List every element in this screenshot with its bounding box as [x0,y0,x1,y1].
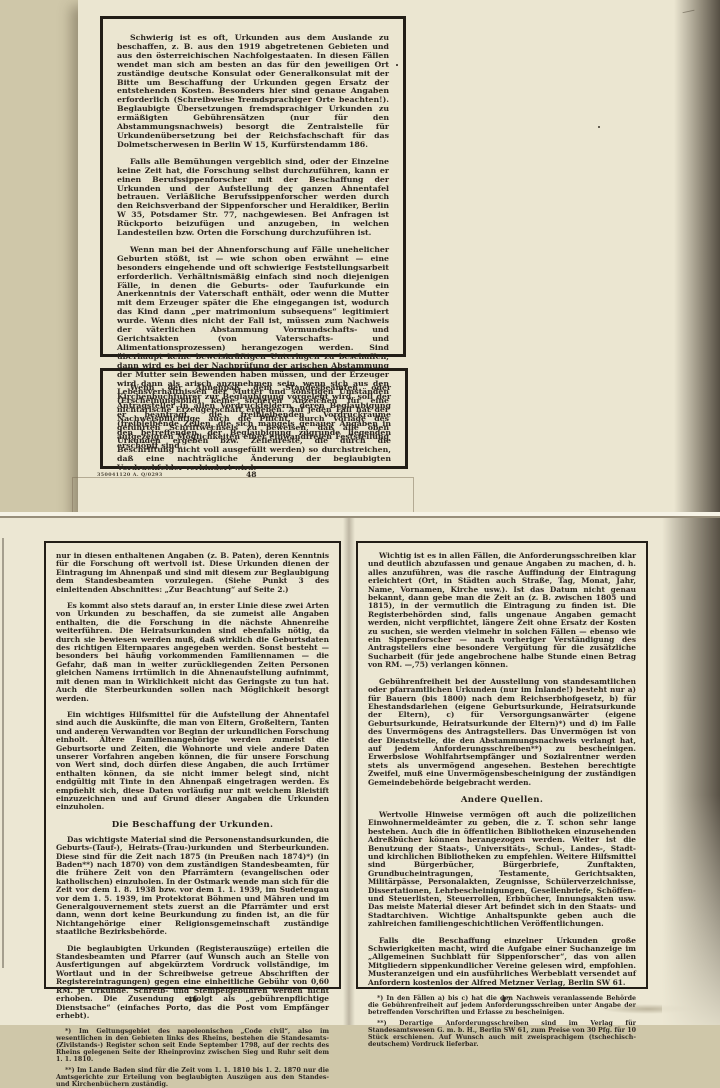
page-48-notice-box: Wenn der Ahnenpaß dem Standesbeamten ode… [100,368,408,469]
page-number-47: 47 [501,995,511,1004]
page-number-46: 46 [187,995,197,1004]
page-paragraph: Es kommt also stets darauf an, in erster… [56,602,329,703]
page-paragraph: Falls alle Bemühungen vergeblich sind, o… [117,158,389,238]
print-code: 350041120 A. Q/0293 [97,472,163,478]
paper-speck [396,64,398,66]
section-heading: Andere Quellen. [368,795,636,805]
page-paragraph: Schwierig ist es oft, Urkunden aus dem A… [117,34,389,150]
underlying-page-edge [72,477,414,518]
page-edge-line [2,538,4,968]
page-paragraph: nur in diesen enthaltenen Angaben (z. B.… [56,552,329,594]
page-47-text-box: Wichtig ist es in allen Fällen, die Anfo… [356,541,648,989]
scanned-document: Schwierig ist es oft, Urkunden aus dem A… [0,0,720,1023]
scan-shadow [674,0,720,516]
page-number-48: 48 [246,470,257,479]
page-paragraph: Wichtig ist es in allen Fällen, die Anfo… [368,552,636,670]
page-paragraph: Ein wichtiges Hilfsmittel für die Aufste… [56,711,329,812]
page-48-main-text-box: Schwierig ist es oft, Urkunden aus dem A… [100,16,406,357]
page-48-scan: Schwierig ist es oft, Urkunden aus dem A… [78,0,720,516]
page-paragraph: Wertvolle Hinweise vermögen oft auch die… [368,811,636,929]
paper-speck [238,96,240,98]
page-paragraph: Das wichtigste Material sind die Persone… [56,836,329,937]
pages-46-47-scan: nur in diesen enthaltenen Angaben (z. B.… [0,516,720,1023]
book-gutter-shadow [343,518,355,1023]
page-46-text-box: nur in diesen enthaltenen Angaben (z. B.… [44,541,341,989]
page-paragraph: Gebührenfreiheit bei der Ausstellung von… [368,678,636,787]
paper-speck [598,126,600,128]
page-paragraph: Wenn der Ahnenpaß dem Standesbeamten ode… [117,384,391,473]
page-paragraph: Falls die Beschaffung einzelner Urkunden… [368,937,636,987]
section-heading: Die Beschaffung der Urkunden. [56,820,329,830]
scan-shadow-fade [662,795,720,1023]
paper-speck [290,190,292,192]
page-paragraph: Die beglaubigten Urkunden (Registerauszü… [56,945,329,1021]
